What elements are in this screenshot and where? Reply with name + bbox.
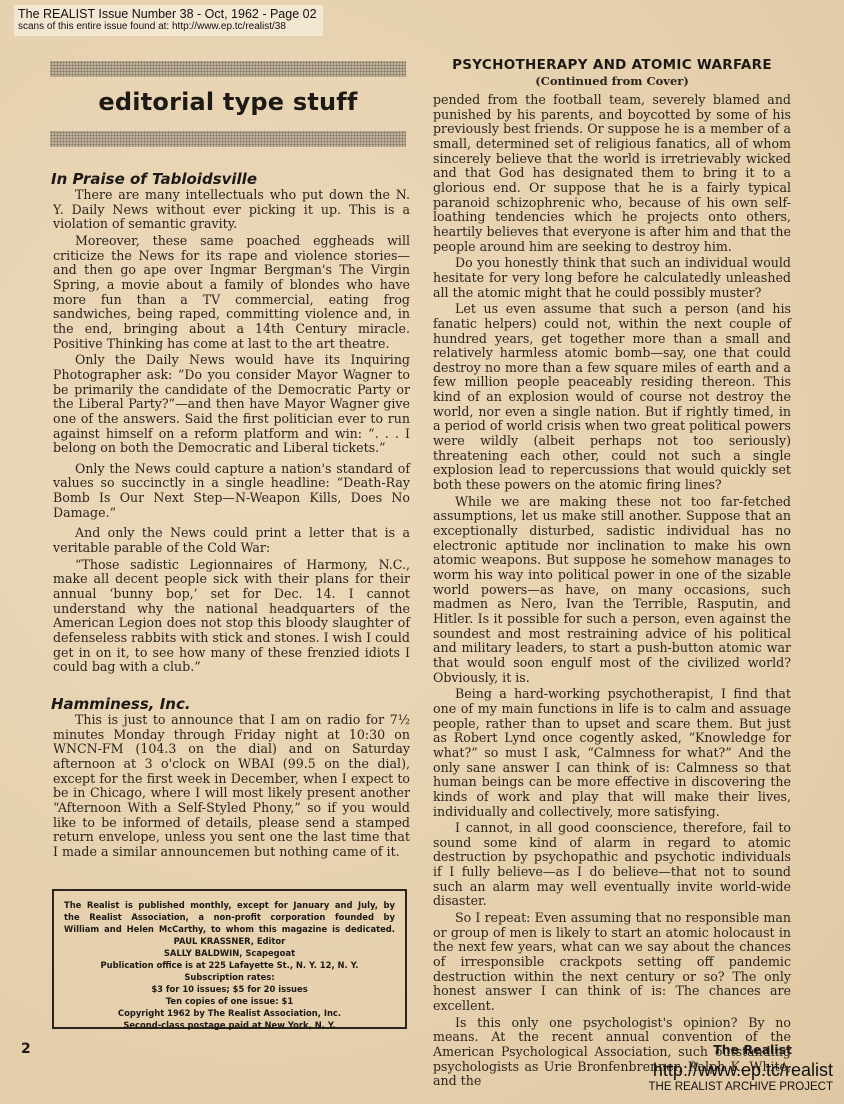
masthead-editor: PAUL KRASSNER, Editor [64, 935, 395, 947]
masthead-bulk-rate: Ten copies of one issue: $1 [64, 995, 395, 1007]
paragraph: I cannot, in all good coonscience, there… [433, 821, 791, 909]
paragraph: Let us even assume that such a person (a… [433, 302, 791, 493]
masthead-intro-2: the Realist Association, a non-profit co… [64, 911, 395, 923]
halftone-rule-top [50, 61, 406, 77]
paragraph: This is just to announce that I am on ra… [53, 713, 410, 860]
masthead-office: Publication office is at 225 Lafayette S… [64, 959, 395, 971]
article-subtitle: (Continued from Cover) [433, 73, 791, 89]
masthead-intro-1: The Realist is published monthly, except… [64, 899, 395, 911]
paragraph: Do you honestly think that such an indiv… [433, 256, 791, 300]
paragraph: There are many intellectuals who put dow… [53, 188, 410, 232]
paragraph: Only the Daily News would have its Inqui… [53, 353, 410, 456]
left-column: In Praise of Tabloidsville There are man… [53, 170, 410, 860]
masthead-scapegoat: SALLY BALDWIN, Scapegoat [64, 947, 395, 959]
archive-issue-line: The REALIST Issue Number 38 - Oct, 1962 … [18, 7, 317, 21]
masthead-intro-3: William and Helen McCarthy, to whom this… [64, 923, 395, 935]
page-number: 2 [21, 1041, 31, 1057]
editorial-title: editorial type stuff [50, 88, 406, 116]
masthead-subscription-rates: $3 for 10 issues; $5 for 20 issues [64, 983, 395, 995]
paragraph: While we are making these not too far-fe… [433, 495, 791, 686]
article-title: PSYCHOTHERAPY AND ATOMIC WARFARE [433, 57, 791, 73]
archive-project-label: THE REALIST ARCHIVE PROJECT [649, 1081, 833, 1093]
masthead-postage: Second-class postage paid at New York, N… [64, 1019, 395, 1031]
archive-url-link[interactable]: http://www.ep.tc/realist [653, 1060, 833, 1080]
paragraph: Being a hard-working psychotherapist, I … [433, 687, 791, 819]
halftone-rule-bottom [50, 131, 406, 147]
masthead-box: The Realist is published monthly, except… [52, 889, 407, 1029]
section-heading-hamminess: Hamminess, Inc. [51, 695, 410, 713]
section-heading-tabloidsville: In Praise of Tabloidsville [51, 170, 410, 188]
masthead-subscription-label: Subscription rates: [64, 971, 395, 983]
paragraph: Only the News could capture a nation's s… [53, 462, 410, 521]
paragraph: So I repeat: Even assuming that no respo… [433, 911, 791, 1014]
masthead-copyright: Copyright 1962 by The Realist Associatio… [64, 1007, 395, 1019]
quoted-letter: “Those sadistic Legionnaires of Harmony,… [53, 558, 410, 675]
right-column: PSYCHOTHERAPY AND ATOMIC WARFARE (Contin… [433, 57, 791, 1089]
paragraph: Moreover, these same poached eggheads wi… [53, 234, 410, 351]
archive-source-line: scans of this entire issue found at: htt… [18, 21, 317, 33]
paragraph: And only the News could print a letter t… [53, 526, 410, 555]
archive-header: The REALIST Issue Number 38 - Oct, 1962 … [14, 5, 323, 36]
footer-magazine-name: The Realist [713, 1042, 792, 1057]
paragraph: pended from the football team, severely … [433, 93, 791, 254]
